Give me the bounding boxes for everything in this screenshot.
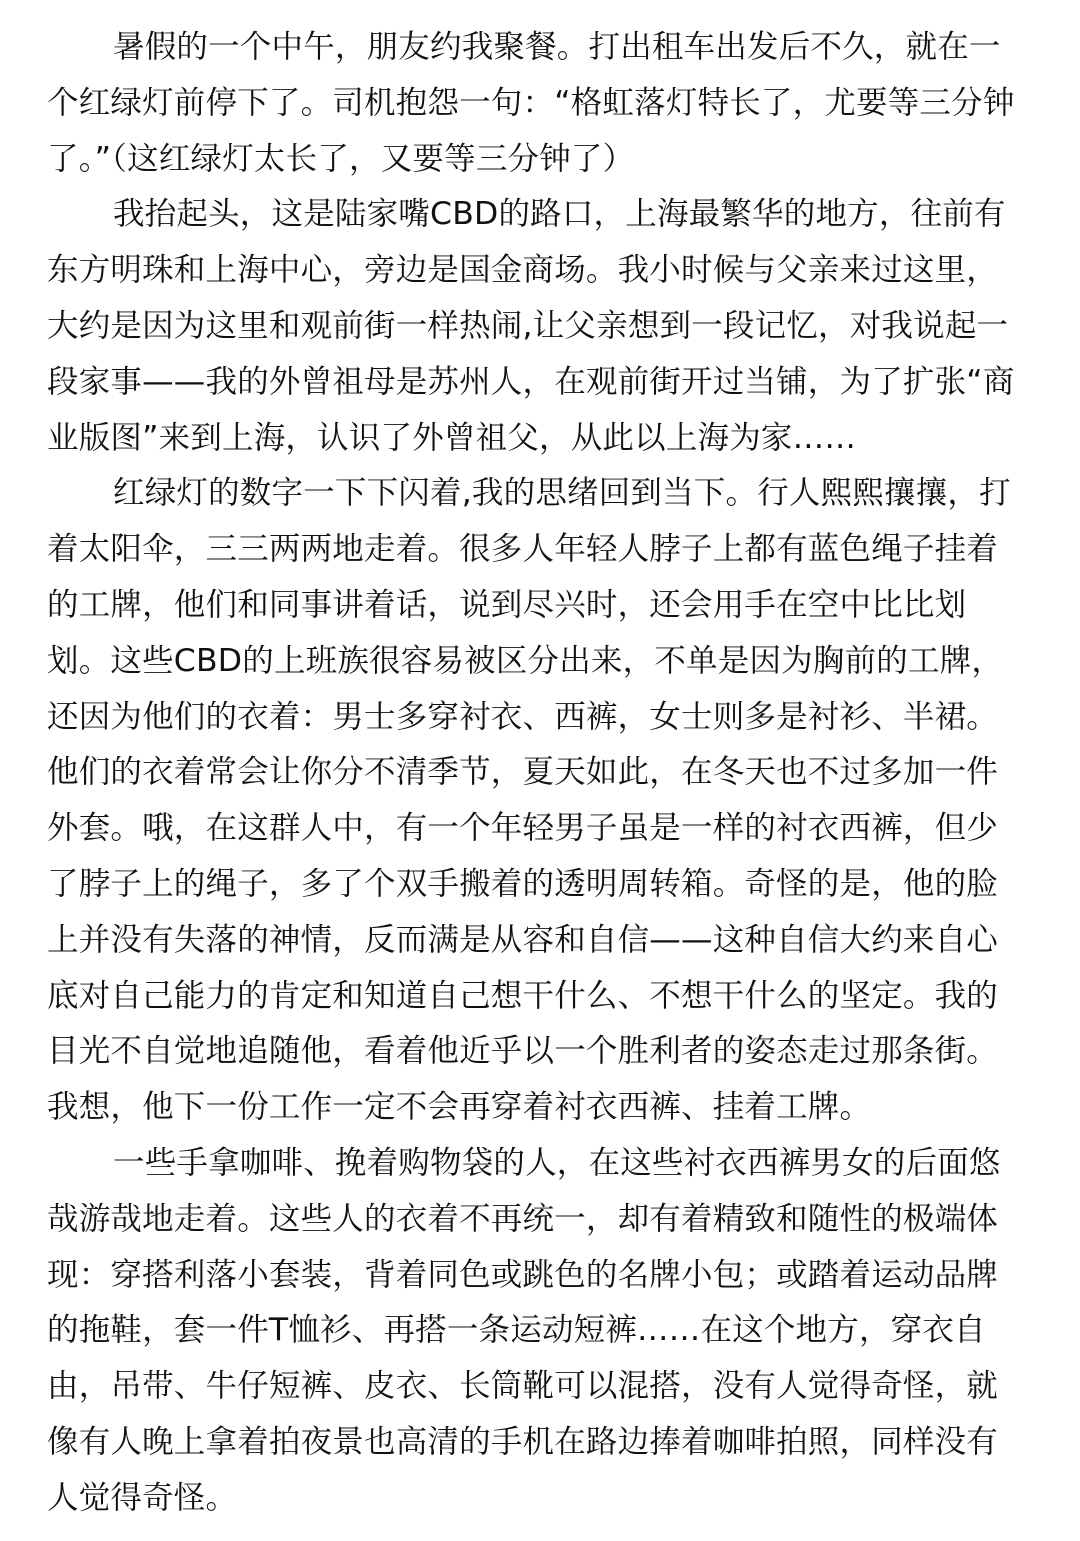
text-line: 底对自己能力的肯定和知道自己想干什么、不想干什么的坚定。我的	[47, 969, 1037, 1025]
text-line: 我抬起头，这是陆家嘴CBD的路口，上海最繁华的地方，往前有	[47, 187, 1037, 243]
paragraph-2: 我抬起头，这是陆家嘴CBD的路口，上海最繁华的地方，往前有 东方明珠和上海中心，…	[47, 187, 1037, 466]
text-line: 还因为他们的衣着：男士多穿衬衣、西裤，女士则多是衬衫、半裙。	[47, 690, 1037, 746]
text-line: 的拖鞋，套一件T恤衫、再搭一条运动短裤……在这个地方，穿衣自	[47, 1303, 1037, 1359]
text-line: 像有人晚上拿着拍夜景也高清的手机在路边捧着咖啡拍照，同样没有	[47, 1415, 1037, 1471]
text-line: 由，吊带、牛仔短裤、皮衣、长筒靴可以混搭，没有人觉得奇怪，就	[47, 1359, 1037, 1415]
text-line: 大约是因为这里和观前街一样热闹,让父亲想到一段记忆，对我说起一	[47, 299, 1037, 355]
text-line: 我想，他下一份工作一定不会再穿着衬衣西裤、挂着工牌。	[47, 1080, 1037, 1136]
text-line: 段家事——我的外曾祖母是苏州人，在观前街开过当铺，为了扩张“商	[47, 355, 1037, 411]
text-line: 了脖子上的绳子，多了个双手搬着的透明周转箱。奇怪的是，他的脸	[47, 857, 1037, 913]
text-line: 业版图”来到上海，认识了外曾祖父，从此以上海为家……	[47, 411, 1037, 467]
text-line: 着太阳伞，三三两两地走着。很多人年轻人脖子上都有蓝色绳子挂着	[47, 522, 1037, 578]
text-line: 暑假的一个中午，朋友约我聚餐。打出租车出发后不久，就在一	[47, 20, 1037, 76]
text-line: 他们的衣着常会让你分不清季节，夏天如此，在冬天也不过多加一件	[47, 745, 1037, 801]
text-line: 人觉得奇怪。	[47, 1471, 1037, 1527]
text-line: 哉游哉地走着。这些人的衣着不再统一，却有着精致和随性的极端体	[47, 1192, 1037, 1248]
paragraph-4: 一些手拿咖啡、挽着购物袋的人，在这些衬衣西裤男女的后面悠 哉游哉地走着。这些人的…	[47, 1136, 1037, 1527]
text-line: 一些手拿咖啡、挽着购物袋的人，在这些衬衣西裤男女的后面悠	[47, 1136, 1037, 1192]
text-line: 了。”（这红绿灯太长了，又要等三分钟了）	[47, 132, 1037, 188]
text-line: 东方明珠和上海中心，旁边是国金商场。我小时候与父亲来过这里，	[47, 243, 1037, 299]
text-line: 上并没有失落的神情，反而满是从容和自信——这种自信大约来自心	[47, 913, 1037, 969]
text-line: 划。这些CBD的上班族很容易被区分出来，不单是因为胸前的工牌，	[47, 634, 1037, 690]
document-body: 暑假的一个中午，朋友约我聚餐。打出租车出发后不久，就在一 个红绿灯前停下了。司机…	[47, 20, 1037, 1527]
text-line: 目光不自觉地追随他，看着他近乎以一个胜利者的姿态走过那条街。	[47, 1024, 1037, 1080]
text-line: 红绿灯的数字一下下闪着,我的思绪回到当下。行人熙熙攘攘，打	[47, 466, 1037, 522]
paragraph-3: 红绿灯的数字一下下闪着,我的思绪回到当下。行人熙熙攘攘，打 着太阳伞，三三两两地…	[47, 466, 1037, 1136]
text-line: 外套。哦，在这群人中，有一个年轻男子虽是一样的衬衣西裤，但少	[47, 801, 1037, 857]
paragraph-1: 暑假的一个中午，朋友约我聚餐。打出租车出发后不久，就在一 个红绿灯前停下了。司机…	[47, 20, 1037, 187]
text-line: 个红绿灯前停下了。司机抱怨一句：“格虹落灯特长了，尤要等三分钟	[47, 76, 1037, 132]
text-line: 现：穿搭利落小套装，背着同色或跳色的名牌小包；或踏着运动品牌	[47, 1248, 1037, 1304]
text-line: 的工牌，他们和同事讲着话，说到尽兴时，还会用手在空中比比划	[47, 578, 1037, 634]
